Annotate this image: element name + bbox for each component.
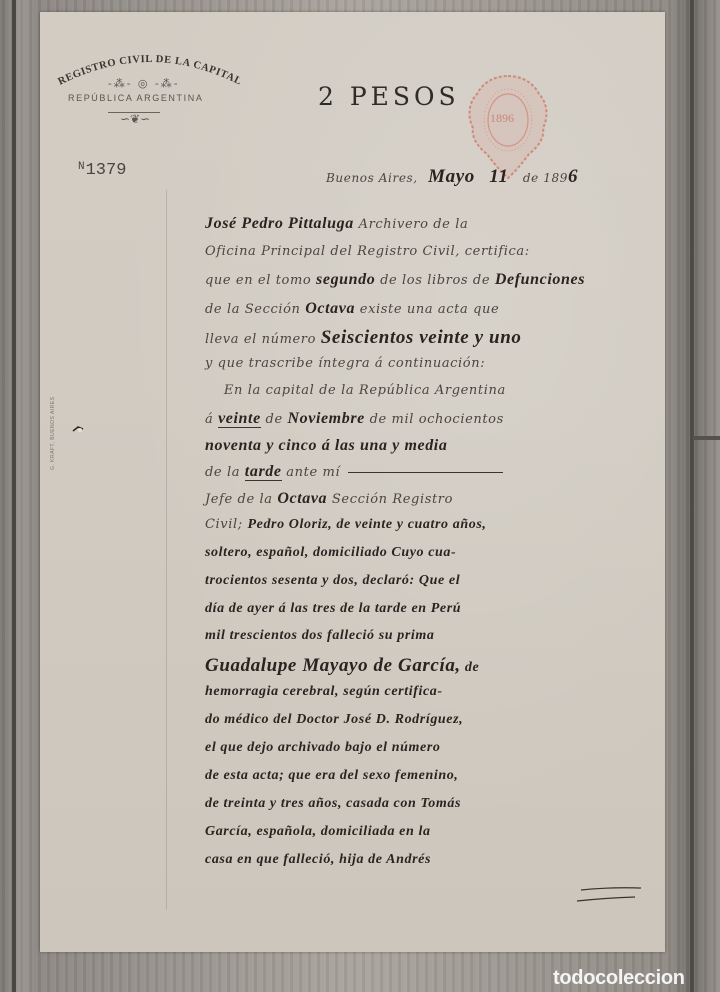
printed-text: á (205, 412, 218, 427)
date-city: Buenos Aires, (326, 171, 418, 185)
body-line-15: día de ayer á las tres de la tarde en Pe… (205, 601, 461, 617)
date-line: Buenos Aires, Mayo 11 de 1896 (326, 166, 578, 188)
handwritten-volume: segundo (316, 271, 375, 288)
body-line-1: José Pedro Pittaluga Archivero de la (205, 215, 468, 233)
printed-text: de la Sección (205, 302, 305, 317)
body-line-21: de esta acta; que era del sexo femenino, (205, 768, 458, 784)
plank-joint (693, 436, 720, 440)
handwritten-text: de (461, 660, 480, 675)
printed-text: Oficina Principal del Registro Civil, ce… (205, 244, 530, 259)
printed-text: Civil; (205, 517, 247, 532)
printed-text: Sección Registro (327, 492, 453, 507)
handwritten-section: Octava (277, 490, 327, 507)
handwritten-day: veinte (218, 410, 261, 428)
handwritten-book-type: Defunciones (495, 271, 585, 288)
handwritten-text: de esta acta; que era del sexo femenino, (205, 768, 458, 783)
blank-line (348, 472, 503, 473)
printed-text: de (261, 412, 288, 427)
body-line-11: Jefe de la Octava Sección Registro (205, 490, 453, 508)
printed-text: lleva el número (205, 332, 321, 347)
header-flourish: -⁂- ◎ -⁂- (108, 77, 179, 90)
body-line-7: En la capital de la República Argentina (205, 383, 506, 398)
printed-text: En la capital de la República Argentina (205, 383, 506, 398)
handwritten-text: García, española, domiciliada en la (205, 824, 431, 839)
printed-text: de mil ochocientos (365, 412, 504, 427)
handwritten-text: mil trescientos dos falleció su prima (205, 628, 434, 643)
handwritten-text: soltero, español, domiciliado Cuyo cua- (205, 545, 456, 560)
seal-year: 1896 (490, 111, 514, 126)
handwritten-text: trocientos sesenta y dos, declaró: Que e… (205, 573, 460, 588)
body-line-17: Guadalupe Mayayo de García, de (205, 655, 479, 677)
handwritten-text: de treinta y tres años, casada con Tomás (205, 796, 461, 811)
handwritten-section: Octava (305, 300, 355, 317)
body-line-8: á veinte de Noviembre de mil ochocientos (205, 410, 504, 428)
body-line-23: García, española, domiciliada en la (205, 824, 431, 840)
body-line-6: y que trascribe íntegra á continuación: (205, 356, 485, 371)
body-line-12: Civil; Pedro Oloriz, de veinte y cuatro … (205, 517, 487, 533)
header-ornament: ∽❦∽ (120, 112, 150, 126)
handwritten-deceased-name: Guadalupe Mayayo de García, (205, 655, 461, 676)
country-name: REPÚBLICA ARGENTINA (68, 93, 203, 103)
plank-seam (12, 0, 16, 992)
date-year-suffix: 6 (568, 166, 578, 187)
printed-text: Jefe de la (205, 492, 277, 507)
printer-imprint: G. KRAFT, BUENOS AIRES (50, 396, 56, 470)
handwritten-month: Noviembre (287, 410, 364, 427)
stamp-denomination: 2 PESOS (318, 82, 460, 111)
serial-number: N1379 (78, 161, 126, 180)
date-month: Mayo (428, 166, 475, 187)
handwritten-act-number: Seiscientos veinte y uno (321, 327, 522, 348)
body-line-20: el que dejo archivado bajo el número (205, 740, 440, 756)
printed-text: que en el tomo (205, 273, 316, 288)
printed-text: de los libros de (375, 273, 495, 288)
date-day: 11 (489, 166, 508, 187)
handwritten-name: José Pedro Pittaluga (205, 215, 354, 232)
body-line-3: que en el tomo segundo de los libros de … (205, 271, 585, 289)
body-line-13: soltero, español, domiciliado Cuyo cua- (205, 545, 456, 561)
body-line-10: de la tarde ante mí (205, 463, 503, 481)
printed-text: Archivero de la (354, 217, 468, 232)
ink-blot-icon (72, 425, 84, 433)
handwritten-declarant: Pedro Oloriz, de veinte y cuatro años, (247, 517, 486, 532)
body-line-24: casa en que falleció, hija de Andrés (205, 852, 431, 868)
body-line-9: noventa y cinco á las una y media (205, 437, 447, 455)
closing-flourish-icon (575, 886, 645, 906)
handwritten-text: hemorragia cerebral, según certifica- (205, 684, 443, 699)
body-line-5: lleva el número Seiscientos veinte y uno (205, 327, 521, 349)
printed-text: de la (205, 465, 245, 480)
handwritten-text: do médico del Doctor José D. Rodríguez, (205, 712, 463, 727)
body-line-19: do médico del Doctor José D. Rodríguez, (205, 712, 463, 728)
body-line-16: mil trescientos dos falleció su prima (205, 628, 434, 644)
body-line-2: Oficina Principal del Registro Civil, ce… (205, 244, 530, 259)
handwritten-text: casa en que falleció, hija de Andrés (205, 852, 431, 867)
printed-text: y que trascribe íntegra á continuación: (205, 356, 485, 371)
handwritten-period: tarde (245, 463, 282, 481)
handwritten-text: el que dejo archivado bajo el número (205, 740, 440, 755)
body-line-18: hemorragia cerebral, según certifica- (205, 684, 443, 700)
handwritten-time: noventa y cinco á las una y media (205, 437, 447, 454)
handwritten-text: día de ayer á las tres de la tarde en Pe… (205, 601, 461, 616)
body-line-14: trocientos sesenta y dos, declaró: Que e… (205, 573, 460, 589)
margin-line (166, 190, 167, 910)
watermark: todocoleccion (553, 967, 685, 990)
body-line-4: de la Sección Octava existe una acta que (205, 300, 499, 318)
printed-text: ante mí (282, 465, 341, 480)
printed-text: existe una acta que (355, 302, 499, 317)
serial-value: 1379 (86, 161, 127, 180)
date-year-prefix: de 189 (523, 171, 568, 185)
serial-prefix: N (78, 161, 85, 173)
plank-seam (690, 0, 694, 992)
body-line-22: de treinta y tres años, casada con Tomás (205, 796, 461, 812)
